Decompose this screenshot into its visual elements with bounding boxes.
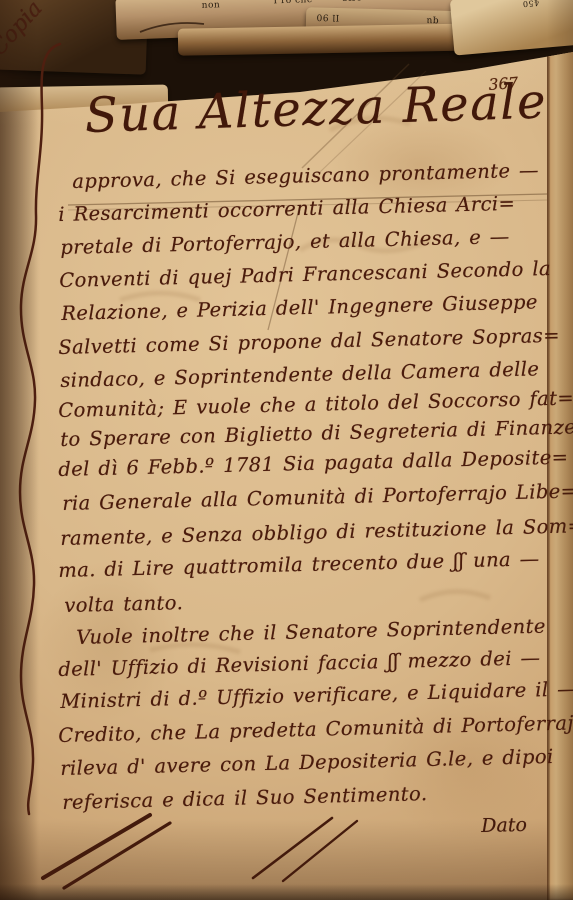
closing-word-dato: Dato <box>481 814 527 837</box>
paper-scrap <box>178 23 483 55</box>
manuscript-line: volta tanto. <box>64 591 183 618</box>
printed-fragment: che <box>341 0 363 4</box>
manuscript-photo: non I ro che che Il 90 qu 450 <box>0 0 573 900</box>
paper-scrap: 450 <box>450 0 573 56</box>
printed-fragment: non <box>202 0 221 11</box>
printed-fragment: Il 90 <box>316 11 340 22</box>
printed-fragment: 450 <box>522 0 540 8</box>
printed-fragment: I ro che <box>273 0 312 6</box>
page-fold-edge <box>547 50 573 900</box>
